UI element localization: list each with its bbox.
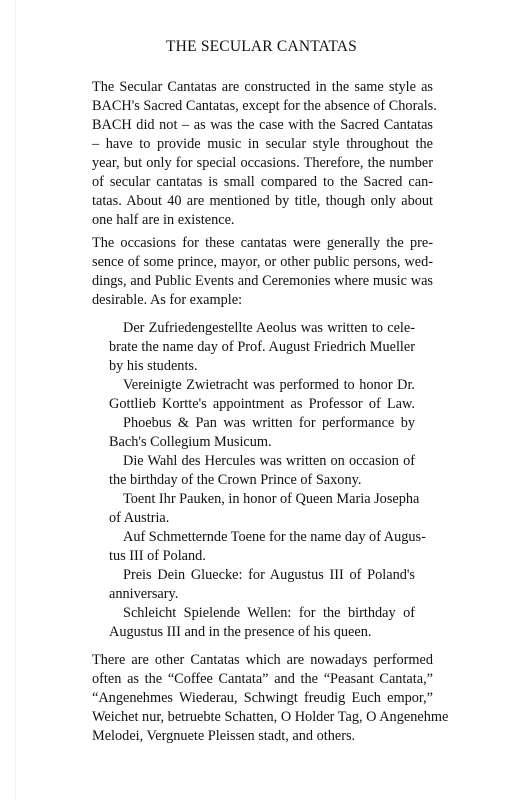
text-line: Auf Schmetternde Toene for the name day … <box>109 528 415 547</box>
text-line: Preis Dein Gluecke: for Augustus III of … <box>109 566 415 585</box>
text-line: year, but only for special occasions. Th… <box>92 154 433 173</box>
text-line: Augustus III and in the presence of his … <box>109 623 415 642</box>
text-line: tus III of Poland. <box>109 547 415 566</box>
text-line: Gottlieb Kortte's appointment as Profess… <box>109 395 415 414</box>
text-line: of Austria. <box>109 509 415 528</box>
example-item: Phoebus & Pan was written for performanc… <box>109 414 415 452</box>
intro-paragraph: The Secular Cantatas are constructed in … <box>92 78 433 230</box>
examples-list: Der Zufriedengestellte Aeolus was writte… <box>109 319 415 642</box>
text-line: Phoebus & Pan was written for performanc… <box>109 414 415 433</box>
example-item: Die Wahl des Hercules was written on occ… <box>109 452 415 490</box>
closing-paragraph: There are other Cantatas which are nowad… <box>92 651 433 746</box>
text-line: The Secular Cantatas are constructed in … <box>92 78 433 97</box>
text-line: desirable. As for example: <box>92 291 433 310</box>
example-item: Toent Ihr Pauken, in honor of Queen Mari… <box>109 490 415 528</box>
page-edge-shadow <box>15 0 16 800</box>
text-line: Der Zufriedengestellte Aeolus was writte… <box>109 319 415 338</box>
example-item: Preis Dein Gluecke: for Augustus III of … <box>109 566 415 604</box>
text-line: BACH's Sacred Cantatas, except for the a… <box>92 97 433 116</box>
text-line: Weichet nur, betruebte Schatten, O Holde… <box>92 708 433 727</box>
occasions-paragraph: The occasions for these cantatas were ge… <box>92 234 433 310</box>
text-line: – have to provide music in secular style… <box>92 135 433 154</box>
text-line: Die Wahl des Hercules was written on occ… <box>109 452 415 471</box>
text-line: BACH did not – as was the case with the … <box>92 116 433 135</box>
text-line: Bach's Collegium Musicum. <box>109 433 415 452</box>
example-item: Schleicht Spielende Wellen: for the birt… <box>109 604 415 642</box>
text-line: brate the name day of Prof. August Fried… <box>109 338 415 357</box>
text-line: one half are in existence. <box>92 211 433 230</box>
text-line: “Angenehmes Wiederau, Schwingt freudig E… <box>92 689 433 708</box>
text-line: The occasions for these cantatas were ge… <box>92 234 433 253</box>
text-line: by his students. <box>109 357 415 376</box>
example-item: Auf Schmetternde Toene for the name day … <box>109 528 415 566</box>
example-item: Vereinigte Zwietracht was performed to h… <box>109 376 415 414</box>
text-line: Vereinigte Zwietracht was performed to h… <box>109 376 415 395</box>
text-line: the birthday of the Crown Prince of Saxo… <box>109 471 415 490</box>
text-line: tatas. About 40 are mentioned by title, … <box>92 192 433 211</box>
page-title: THE SECULAR CANTATAS <box>0 38 523 56</box>
text-line: anniversary. <box>109 585 415 604</box>
text-line: Schleicht Spielende Wellen: for the birt… <box>109 604 415 623</box>
example-item: Der Zufriedengestellte Aeolus was writte… <box>109 319 415 376</box>
text-line: of secular cantatas is small compared to… <box>92 173 433 192</box>
text-line: dings, and Public Events and Ceremonies … <box>92 272 433 291</box>
text-line: There are other Cantatas which are nowad… <box>92 651 433 670</box>
text-line: often as the “Coffee Cantata” and the “P… <box>92 670 433 689</box>
text-line: Melodei, Vergnuete Pleissen stadt, and o… <box>92 727 433 746</box>
text-line: Toent Ihr Pauken, in honor of Queen Mari… <box>109 490 415 509</box>
text-line: sence of some prince, mayor, or other pu… <box>92 253 433 272</box>
